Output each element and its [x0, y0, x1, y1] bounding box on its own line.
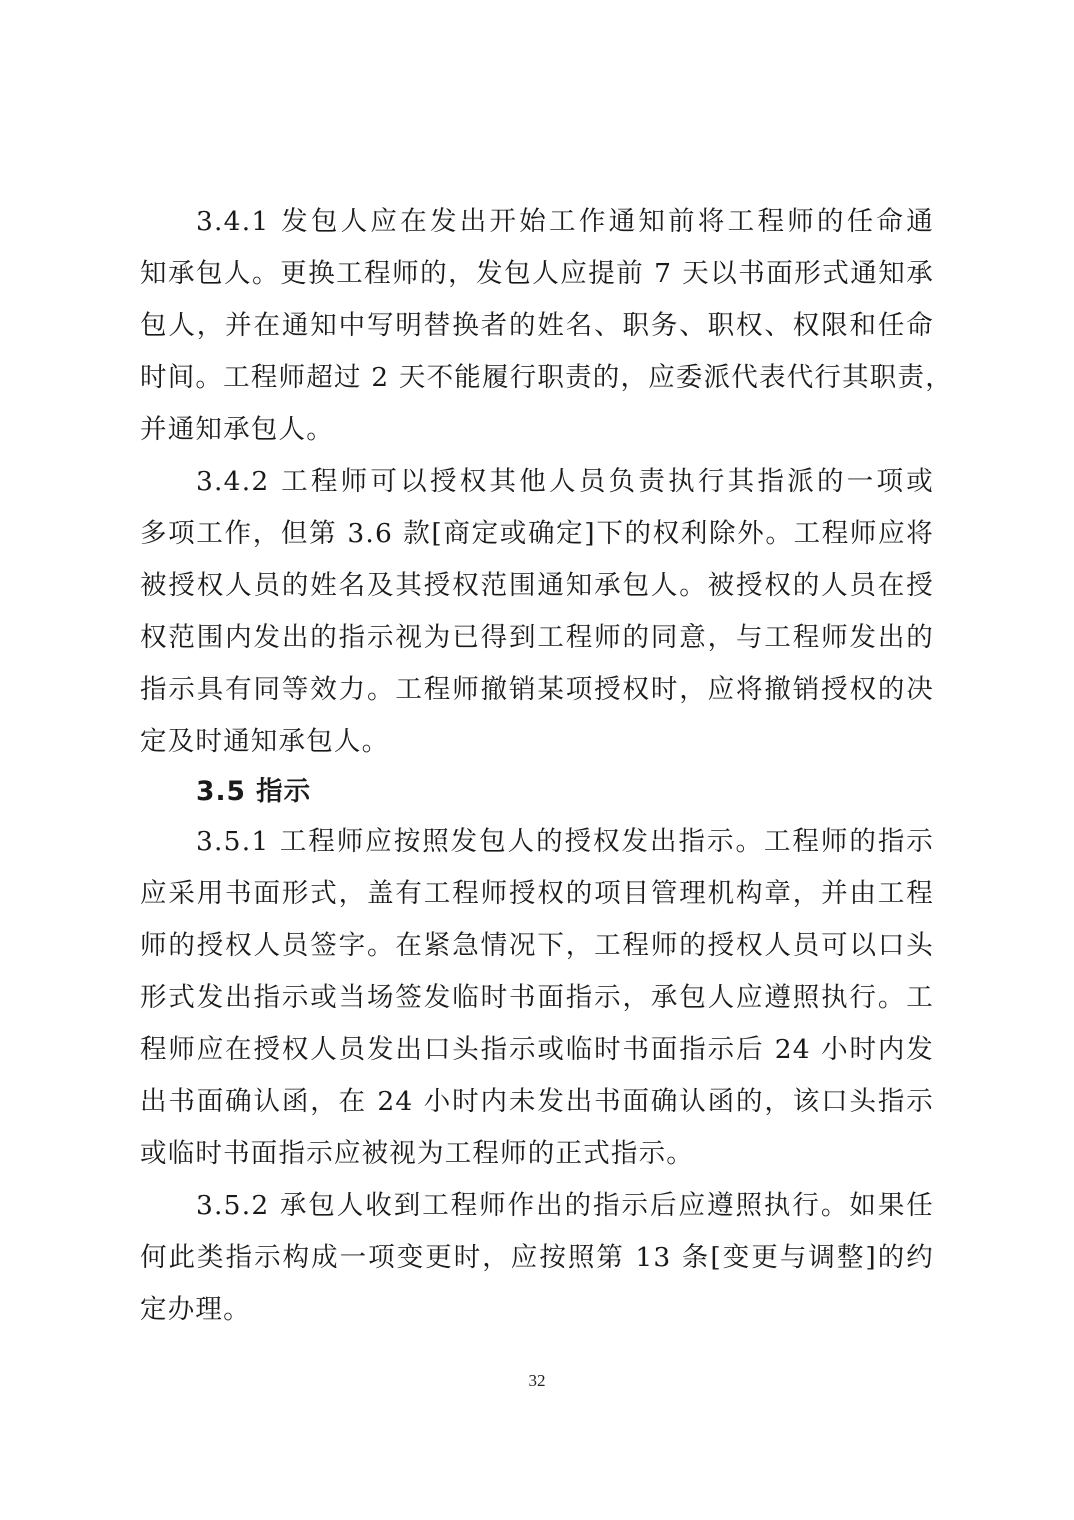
clause-3-4-2: 3.4.2 工程师可以授权其他人员负责执行其指派的一项或 多项工作，但第 3.6… — [140, 456, 934, 768]
paragraph-line: 应采用书面形式，盖有工程师授权的项目管理机构章，并由工程 — [140, 868, 934, 920]
clause-3-5-1: 3.5.1 工程师应按照发包人的授权发出指示。工程师的指示 应采用书面形式，盖有… — [140, 816, 934, 1180]
paragraph-line: 3.4.1 发包人应在发出开始工作通知前将工程师的任命通 — [140, 196, 934, 248]
paragraph-line: 并通知承包人。 — [140, 404, 934, 456]
paragraph-line: 权范围内发出的指示视为已得到工程师的同意，与工程师发出的 — [140, 612, 934, 664]
paragraph-line: 定办理。 — [140, 1284, 934, 1336]
paragraph-line: 指示具有同等效力。工程师撤销某项授权时，应将撤销授权的决 — [140, 664, 934, 716]
paragraph-line: 包人，并在通知中写明替换者的姓名、职务、职权、权限和任命 — [140, 300, 934, 352]
paragraph-line: 程师应在授权人员发出口头指示或临时书面指示后 24 小时内发 — [140, 1024, 934, 1076]
paragraph-line: 被授权人员的姓名及其授权范围通知承包人。被授权的人员在授 — [140, 560, 934, 612]
page-body: 3.4.1 发包人应在发出开始工作通知前将工程师的任命通 知承包人。更换工程师的… — [140, 196, 934, 1336]
paragraph-line: 或临时书面指示应被视为工程师的正式指示。 — [140, 1128, 934, 1180]
paragraph-line: 形式发出指示或当场签发临时书面指示，承包人应遵照执行。工 — [140, 972, 934, 1024]
paragraph-line: 3.5.2 承包人收到工程师作出的指示后应遵照执行。如果任 — [140, 1180, 934, 1232]
paragraph-line: 知承包人。更换工程师的，发包人应提前 7 天以书面形式通知承 — [140, 248, 934, 300]
clause-3-4-1: 3.4.1 发包人应在发出开始工作通知前将工程师的任命通 知承包人。更换工程师的… — [140, 196, 934, 456]
paragraph-line: 多项工作，但第 3.6 款[商定或确定]下的权利除外。工程师应将 — [140, 508, 934, 560]
paragraph-line: 3.5.1 工程师应按照发包人的授权发出指示。工程师的指示 — [140, 816, 934, 868]
page-number: 32 — [0, 1371, 1074, 1391]
paragraph-line: 何此类指示构成一项变更时，应按照第 13 条[变更与调整]的约 — [140, 1232, 934, 1284]
paragraph-line: 出书面确认函，在 24 小时内未发出书面确认函的，该口头指示 — [140, 1076, 934, 1128]
paragraph-line: 师的授权人员签字。在紧急情况下，工程师的授权人员可以口头 — [140, 920, 934, 972]
paragraph-line: 定及时通知承包人。 — [140, 716, 934, 768]
paragraph-line: 时间。工程师超过 2 天不能履行职责的，应委派代表代行其职责， — [140, 352, 934, 404]
clause-3-5-2: 3.5.2 承包人收到工程师作出的指示后应遵照执行。如果任 何此类指示构成一项变… — [140, 1180, 934, 1336]
document-page: 3.4.1 发包人应在发出开始工作通知前将工程师的任命通 知承包人。更换工程师的… — [0, 0, 1074, 1520]
paragraph-line: 3.4.2 工程师可以授权其他人员负责执行其指派的一项或 — [140, 456, 934, 508]
section-heading-3-5: 3.5 指示 — [140, 768, 934, 816]
